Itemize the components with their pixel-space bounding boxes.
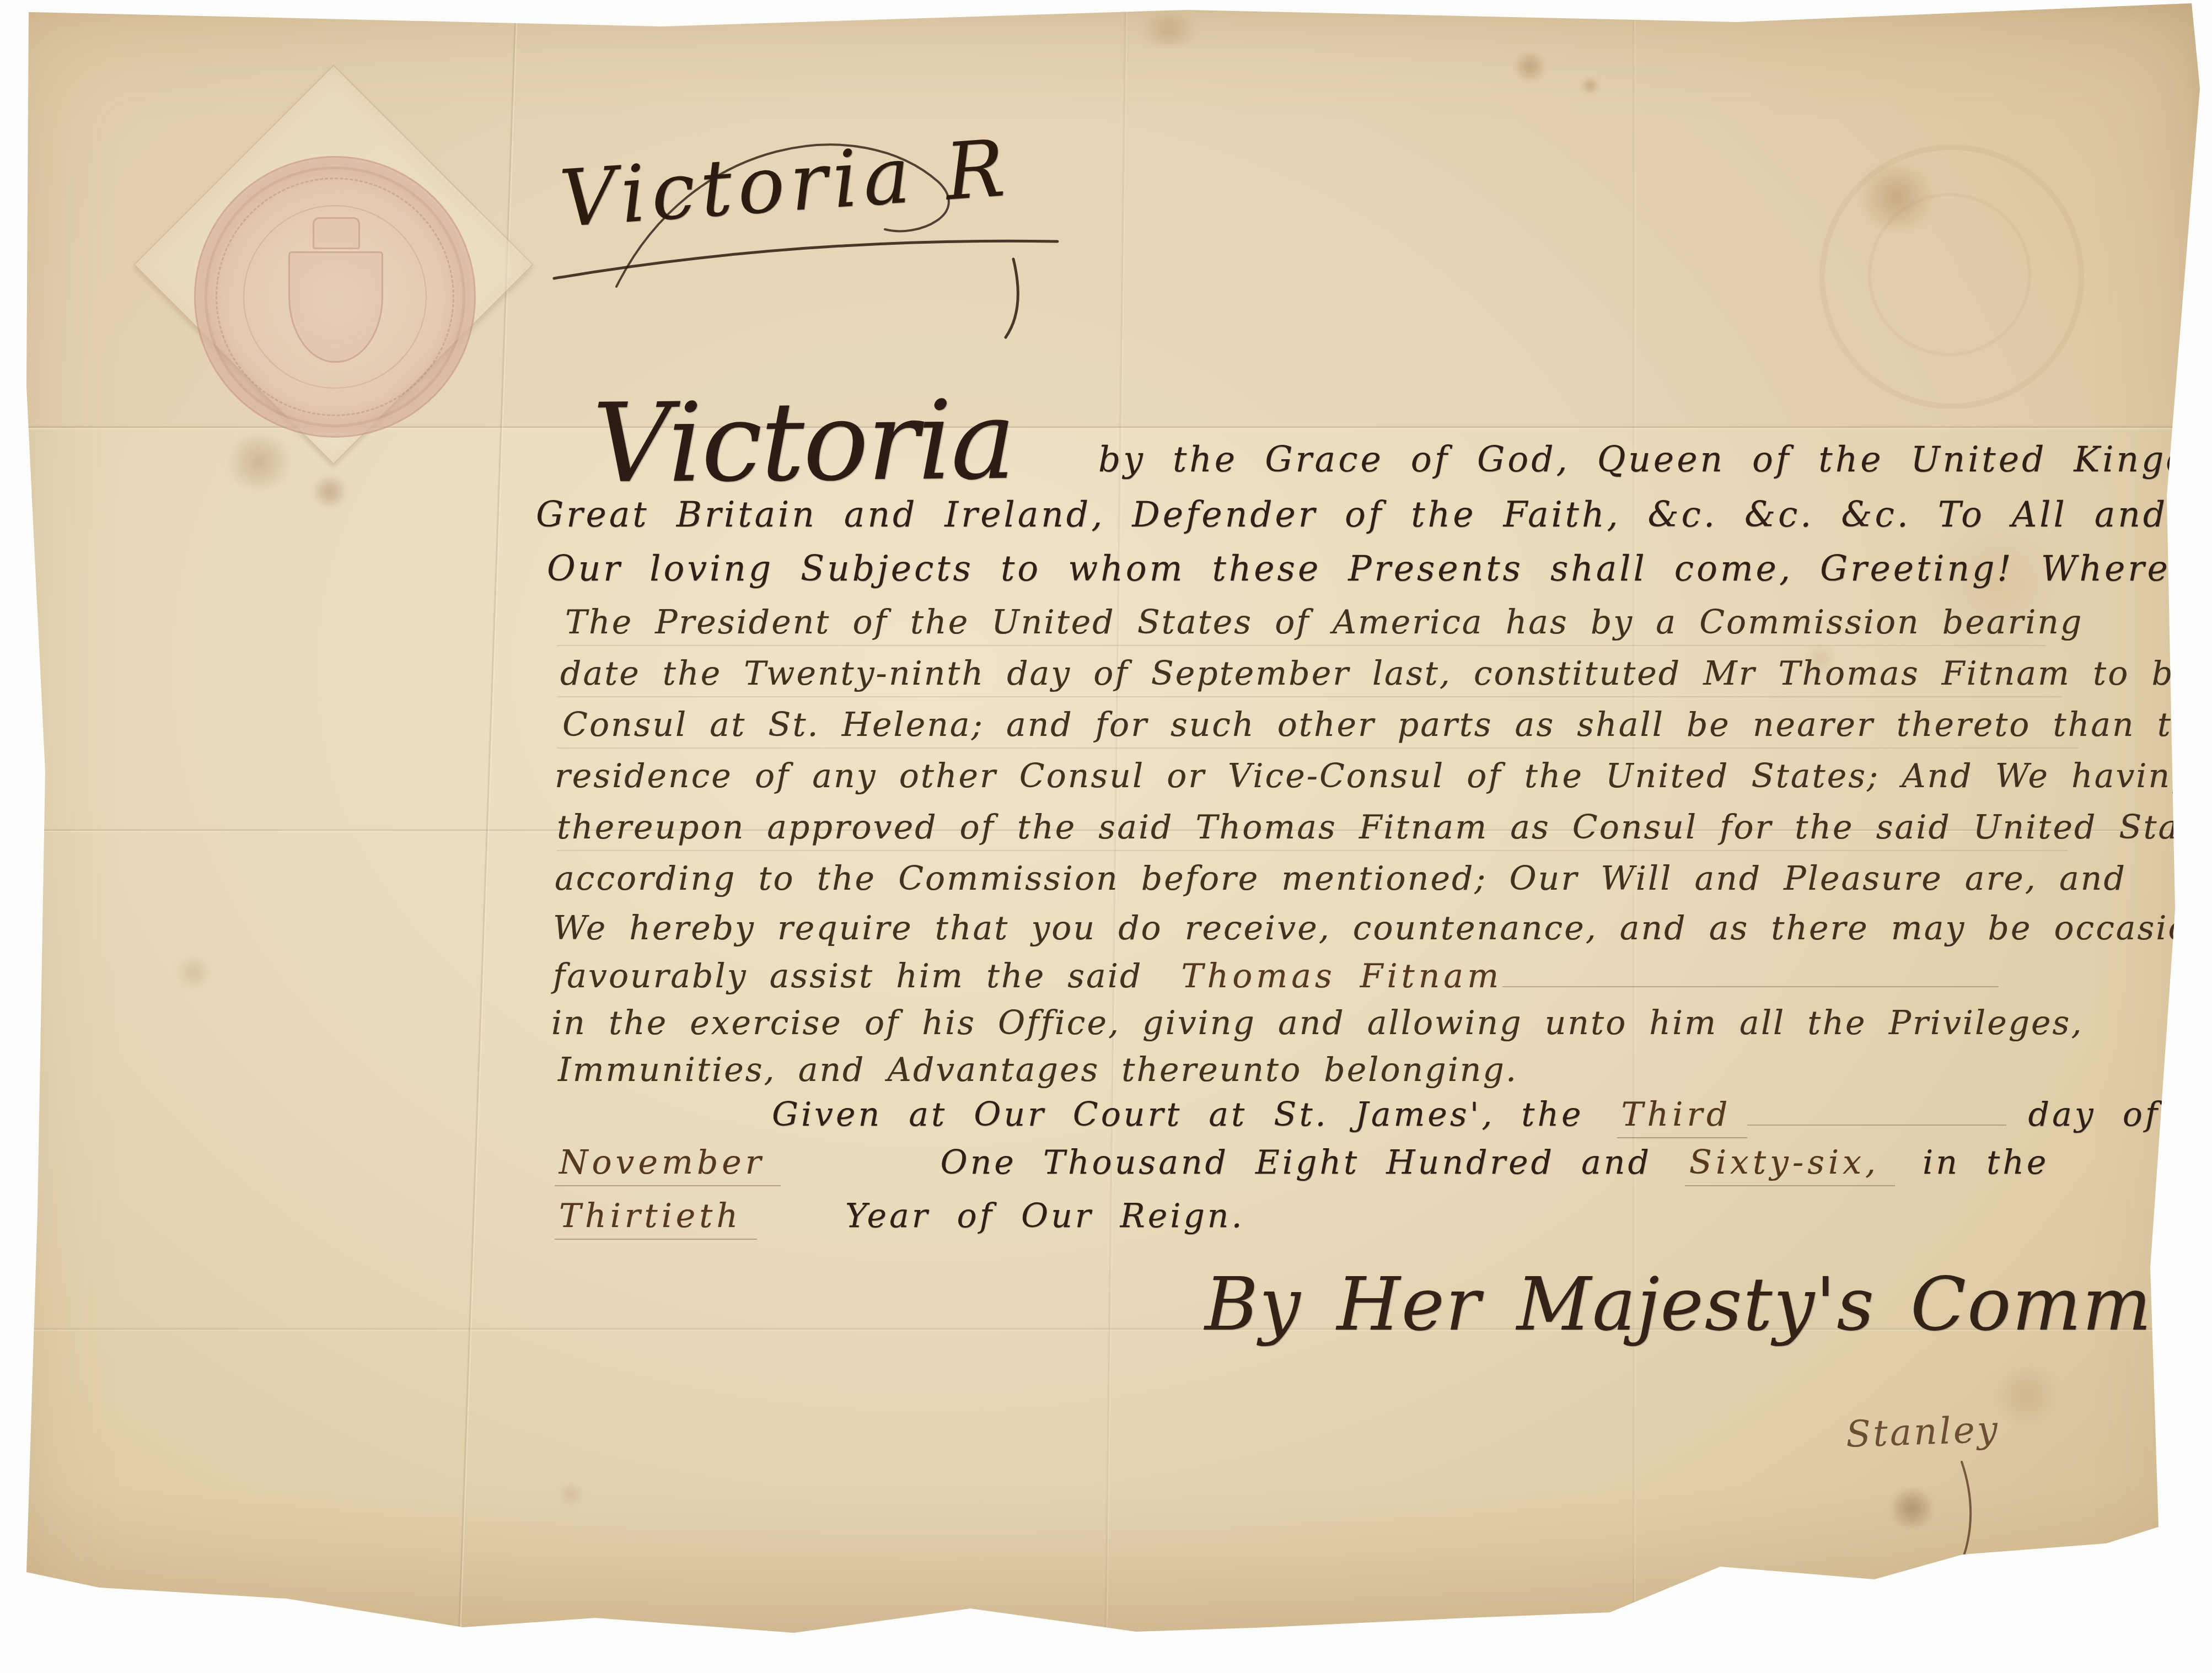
photo-backdrop: { "document": { "sign_manual": "Victoria…	[0, 0, 2212, 1673]
stain-mark	[221, 435, 298, 488]
guide-rule	[557, 645, 2045, 646]
body-line-13: Immunities, and Advantages thereunto bel…	[558, 1051, 1518, 1089]
guide-rule	[557, 747, 2079, 749]
body-line-9: according to the Commission before menti…	[555, 860, 2127, 898]
thousand-text: One Thousand Eight Hundred and	[941, 1143, 1652, 1182]
body-line-5: date the Twenty-ninth day of September l…	[560, 655, 2195, 693]
fill-gap	[1584, 1123, 1617, 1126]
body-line-6: Consul at St. Helena; and for such other…	[562, 706, 2212, 744]
year-fill: Sixty-six,	[1685, 1143, 1895, 1186]
intro-line-2: Great Britain and Ireland, Defender of t…	[536, 495, 2212, 535]
body-line-8: thereupon approved of the said Thomas Fi…	[557, 809, 2212, 847]
intro-line-3: Our loving Subjects to whom these Presen…	[547, 549, 2212, 589]
stain-mark	[174, 956, 213, 988]
month-fill: November	[555, 1143, 781, 1186]
given-line: Given at Our Court at St. James', theThi…	[772, 1096, 2160, 1134]
day-fill: Third	[1617, 1095, 1747, 1138]
intro-line-1: by the Grace of God, Queen of the United…	[1098, 440, 2212, 480]
fill-gap	[781, 1171, 941, 1174]
guide-rule	[557, 696, 2062, 697]
ghost-seal-impression	[1868, 193, 2031, 356]
stain-mark	[1580, 77, 1601, 94]
parchment-document: Victoria R Victoria by the Grace of God,…	[0, 0, 2212, 1673]
embossed-royal-seal-icon	[194, 156, 476, 438]
body-line-10: We hereby require that you do receive, c…	[553, 910, 2212, 948]
fill-gap	[757, 1225, 845, 1227]
stain-mark	[1886, 1488, 1938, 1528]
body-line-4: The President of the United States of Am…	[565, 604, 2083, 642]
regnal-year-fill: Thirtieth	[555, 1197, 757, 1240]
stain-mark	[1130, 15, 1207, 45]
stain-mark	[309, 475, 351, 508]
ghost-seal-impression	[1819, 144, 2084, 409]
ruled-blank	[1747, 1119, 2006, 1126]
countersignature-stanley: Stanley	[1845, 1408, 2001, 1456]
body-line-11-text: favourably assist him the said	[553, 957, 1142, 996]
seal-crown-icon	[313, 217, 360, 249]
body-line-12: in the exercise of his Office, giving an…	[551, 1004, 2083, 1042]
month-line: NovemberOne Thousand Eight Hundred andSi…	[555, 1144, 2049, 1182]
fill-gap	[1652, 1171, 1685, 1174]
fill-gap	[2006, 1123, 2028, 1126]
stain-mark	[557, 1483, 584, 1505]
consul-name-fill: Thomas Fitnam	[1181, 957, 1502, 996]
stain-mark	[1853, 165, 1941, 229]
stain-mark	[1511, 52, 1549, 81]
guide-rule	[557, 850, 2068, 851]
regnal-line: ThirtiethYear of Our Reign.	[555, 1197, 1245, 1235]
in-the-text: in the	[1923, 1143, 2049, 1182]
royal-sign-manual: Victoria R	[557, 123, 1013, 245]
reign-text: Year of Our Reign.	[845, 1197, 1244, 1235]
fill-gap	[1895, 1171, 1923, 1174]
heading-victoria: Victoria	[592, 378, 1014, 507]
body-line-7: residence of any other Consul or Vice-Co…	[555, 757, 2194, 795]
given-line-text: Given at Our Court at St. James', the	[772, 1095, 1584, 1134]
closing-command-line: By Her Majesty's Command.	[1205, 1263, 2212, 1347]
body-line-11: favourably assist him the saidThomas Fit…	[553, 957, 1999, 996]
stain-mark	[1990, 1367, 2062, 1422]
ruled-blank	[1502, 981, 1999, 987]
day-of-text: day of	[2028, 1095, 2160, 1134]
fill-gap	[1142, 985, 1181, 987]
